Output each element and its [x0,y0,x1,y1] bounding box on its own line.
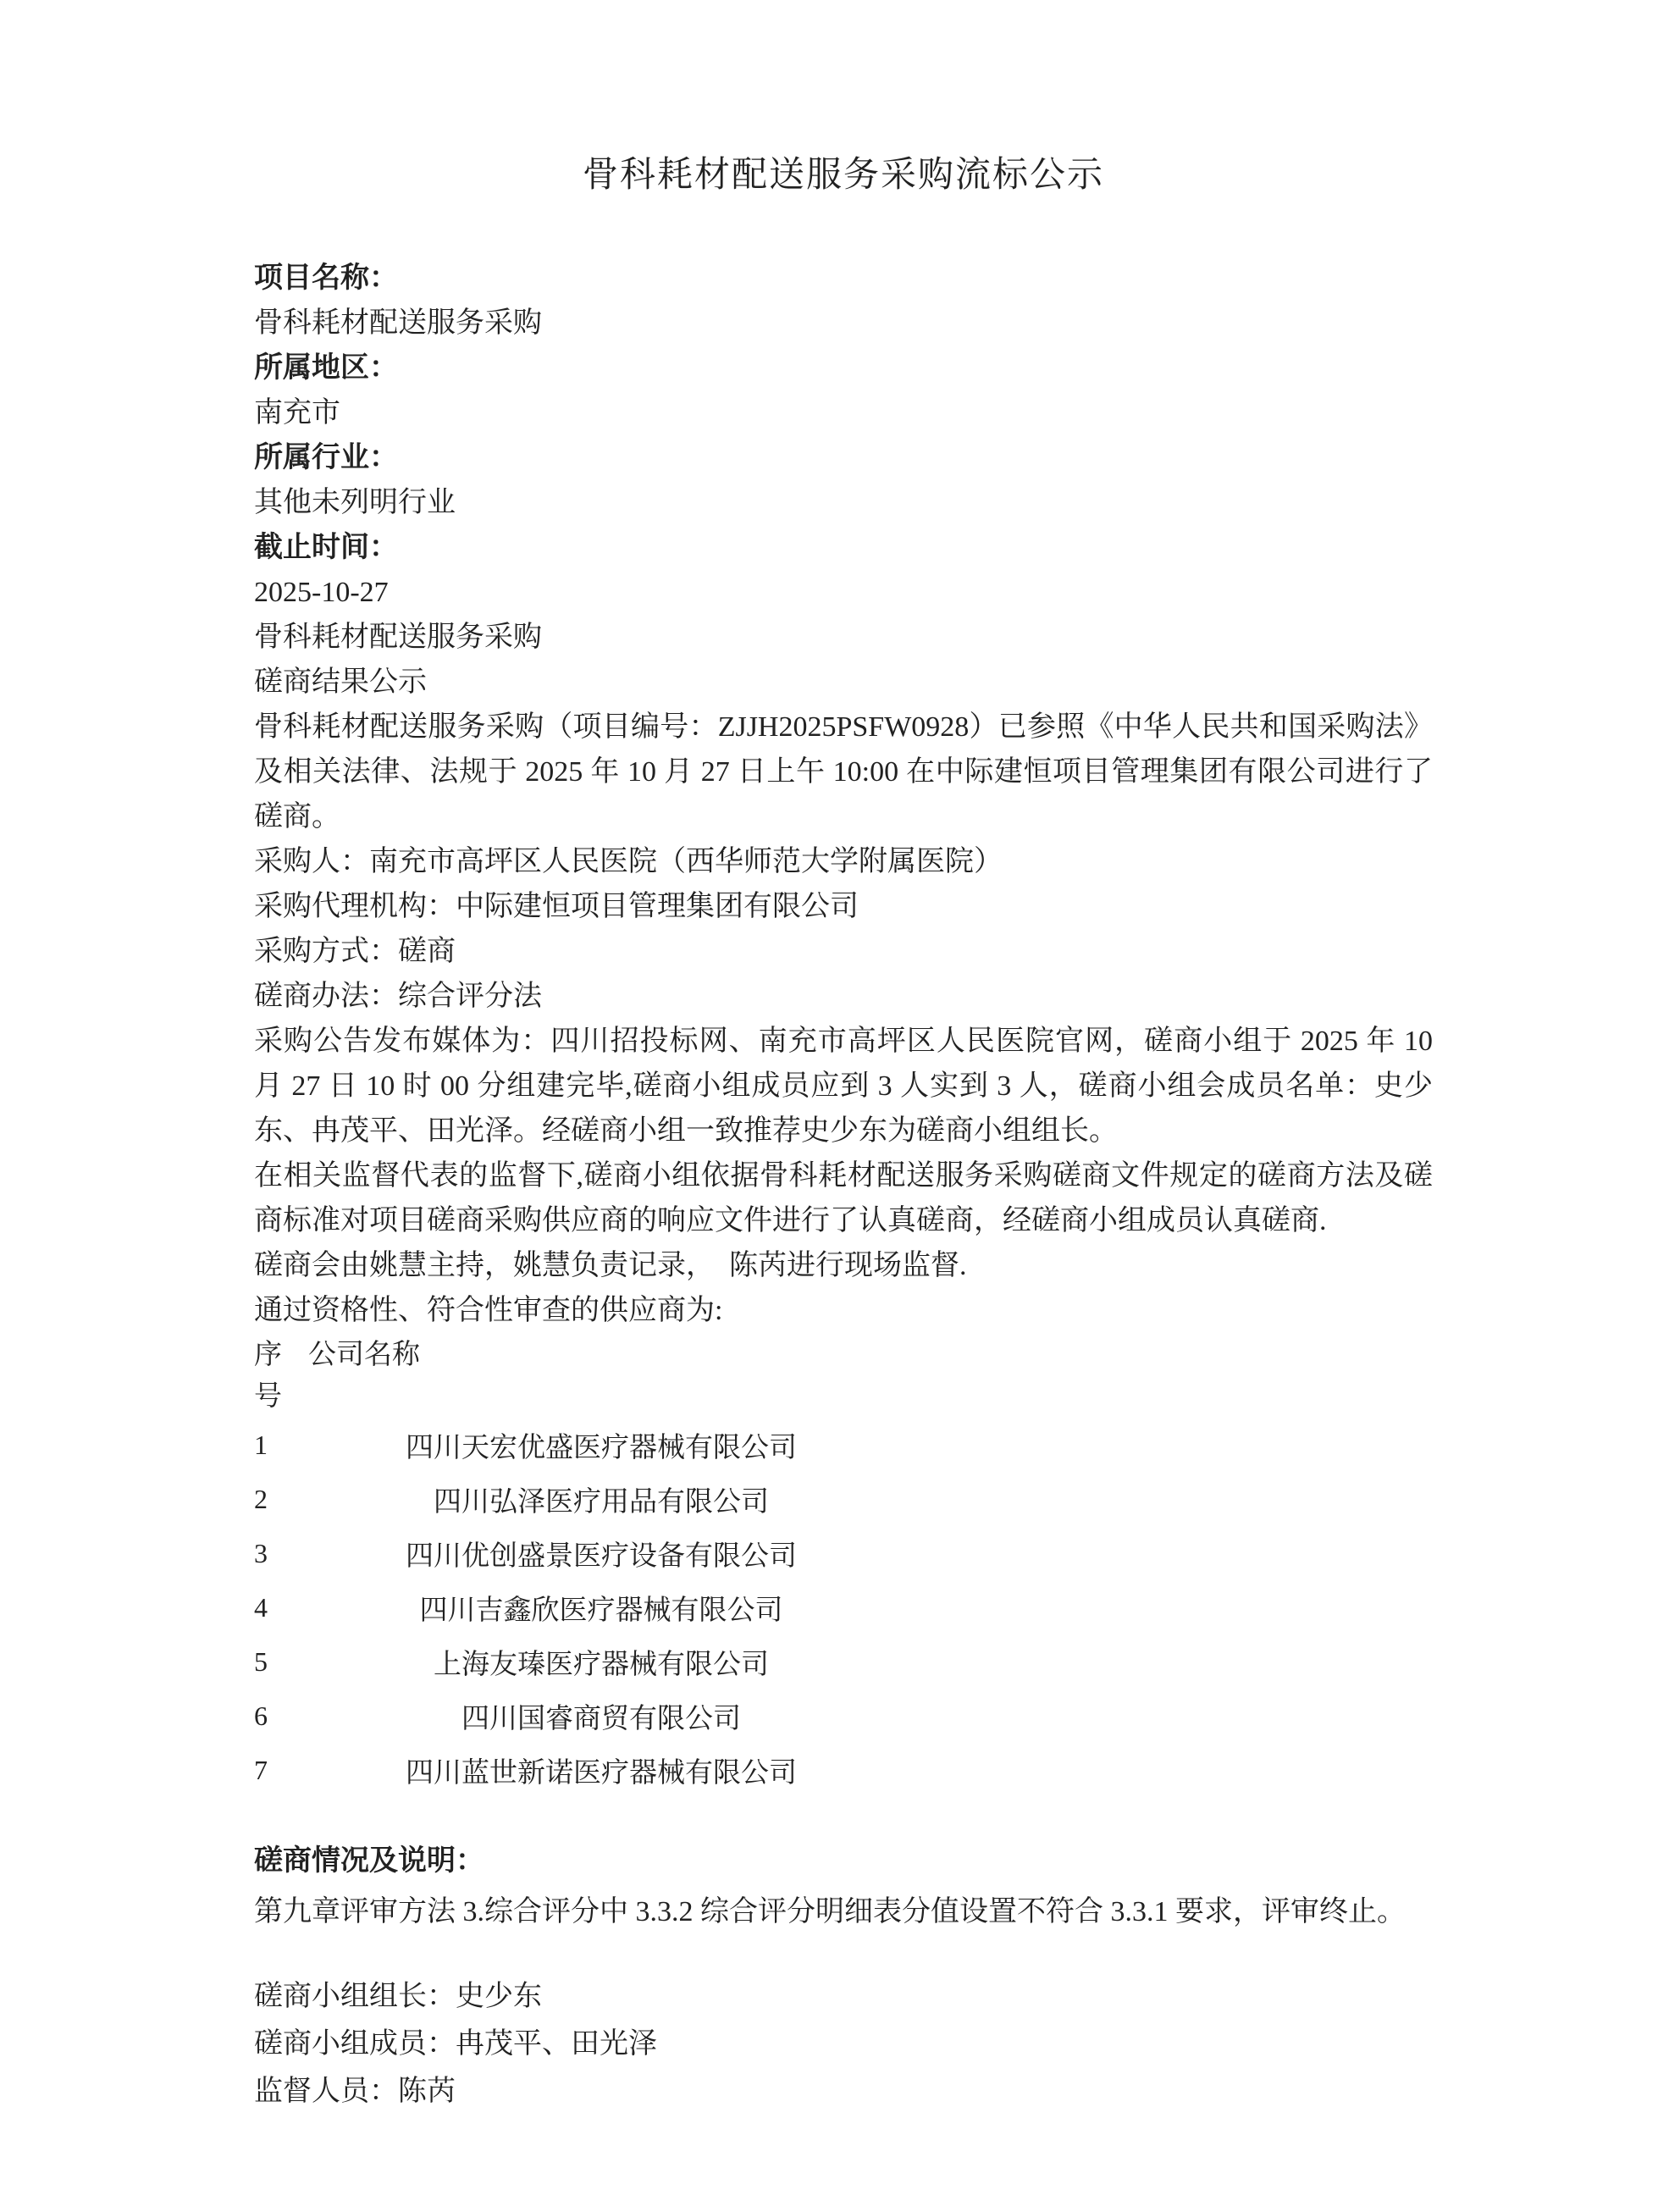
info-label-region: 所属地区： [254,346,1433,390]
row-number: 4 [254,1592,364,1623]
info-value-project-name: 骨科耗材配送服务采购 [254,301,1433,346]
supplier-table-header: 序 公司名称 [254,1335,1433,1376]
paragraph: 磋商会由姚慧主持，姚慧负责记录， 陈芮进行现场监督. [254,1243,1433,1288]
table-row: 6 四川国睿商贸有限公司 [254,1689,1433,1743]
info-value-deadline: 2025-10-27 [254,570,1433,615]
company-name: 四川优创盛景医疗设备有限公司 [364,1534,838,1573]
notes-heading: 磋商情况及说明： [254,1836,1433,1887]
paragraph: 在相关监督代表的监督下,磋商小组依据骨科耗材配送服务采购磋商文件规定的磋商方法及… [254,1153,1433,1243]
footer-line-group-members: 磋商小组成员：冉茂平、田光泽 [254,2021,1433,2068]
info-value-region: 南充市 [254,390,1433,435]
info-value-industry: 其他未列明行业 [254,480,1433,525]
company-name: 四川蓝世新诺医疗器械有限公司 [364,1750,838,1790]
footer-line-supervisor: 监督人员：陈芮 [254,2068,1433,2115]
notes-section: 磋商情况及说明： 第九章评审方法 3.综合评分中 3.3.2 综合评分明细表分值… [254,1836,1433,1938]
footer-section: 磋商小组组长：史少东 磋商小组成员：冉茂平、田光泽 监督人员：陈芮 [254,1973,1433,2115]
paragraph: 采购人：南充市高坪区人民医院（西华师范大学附属医院） [254,839,1433,884]
table-row: 3 四川优创盛景医疗设备有限公司 [254,1526,1433,1580]
paragraph: 通过资格性、符合性审查的供应商为: [254,1288,1433,1333]
table-row: 5 上海友瑧医疗器械有限公司 [254,1634,1433,1689]
row-number: 3 [254,1538,364,1569]
header-seq-line2: 号 [254,1376,308,1418]
table-row: 4 四川吉鑫欣医疗器械有限公司 [254,1580,1433,1634]
row-number: 1 [254,1430,364,1461]
document-content: 骨科耗材配送服务采购流标公示 项目名称： 骨科耗材配送服务采购 所属地区： 南充… [0,0,1680,2115]
info-label-deadline: 截止时间： [254,525,1433,570]
notes-body: 第九章评审方法 3.综合评分中 3.3.2 综合评分明细表分值设置不符合 3.3… [254,1887,1433,1938]
company-name: 四川国睿商贸有限公司 [364,1696,838,1736]
info-line-project-repeat: 骨科耗材配送服务采购 [254,615,1433,660]
footer-line-group-leader: 磋商小组组长：史少东 [254,1973,1433,2021]
supplier-table: 序 公司名称 号 1 四川天宏优盛医疗器械有限公司 2 四川弘泽医疗用品有限公司… [254,1335,1433,1797]
info-label-industry: 所属行业： [254,435,1433,480]
table-row: 1 四川天宏优盛医疗器械有限公司 [254,1418,1433,1472]
company-name: 四川弘泽医疗用品有限公司 [364,1479,838,1519]
document-page: 骨科耗材配送服务采购流标公示 项目名称： 骨科耗材配送服务采购 所属地区： 南充… [0,0,1680,2201]
info-block: 项目名称： 骨科耗材配送服务采购 所属地区： 南充市 所属行业： 其他未列明行业… [254,256,1433,705]
paragraph: 采购代理机构：中际建恒项目管理集团有限公司 [254,884,1433,929]
header-seq-line1: 序 [254,1335,308,1376]
company-name: 上海友瑧医疗器械有限公司 [364,1642,838,1682]
body-paragraphs: 骨科耗材配送服务采购（项目编号：ZJJH2025PSFW0928）已参照《中华人… [254,705,1433,1333]
supplier-table-header-row2: 号 [254,1376,1433,1418]
header-company-name: 公司名称 [308,1335,420,1376]
row-number: 6 [254,1701,364,1732]
paragraph: 采购公告发布媒体为：四川招投标网、南充市高坪区人民医院官网，磋商小组于 2025… [254,1019,1433,1153]
info-label-project-name: 项目名称： [254,256,1433,301]
page-title: 骨科耗材配送服务采购流标公示 [254,0,1433,195]
info-line-result-notice: 磋商结果公示 [254,660,1433,705]
paragraph: 采购方式：磋商 [254,929,1433,974]
table-row: 7 四川蓝世新诺医疗器械有限公司 [254,1743,1433,1797]
row-number: 5 [254,1646,364,1678]
company-name: 四川天宏优盛医疗器械有限公司 [364,1425,838,1465]
paragraph: 磋商办法：综合评分法 [254,974,1433,1019]
paragraph: 骨科耗材配送服务采购（项目编号：ZJJH2025PSFW0928）已参照《中华人… [254,705,1433,839]
row-number: 7 [254,1755,364,1786]
table-row: 2 四川弘泽医疗用品有限公司 [254,1472,1433,1526]
company-name: 四川吉鑫欣医疗器械有限公司 [364,1588,838,1628]
row-number: 2 [254,1484,364,1515]
